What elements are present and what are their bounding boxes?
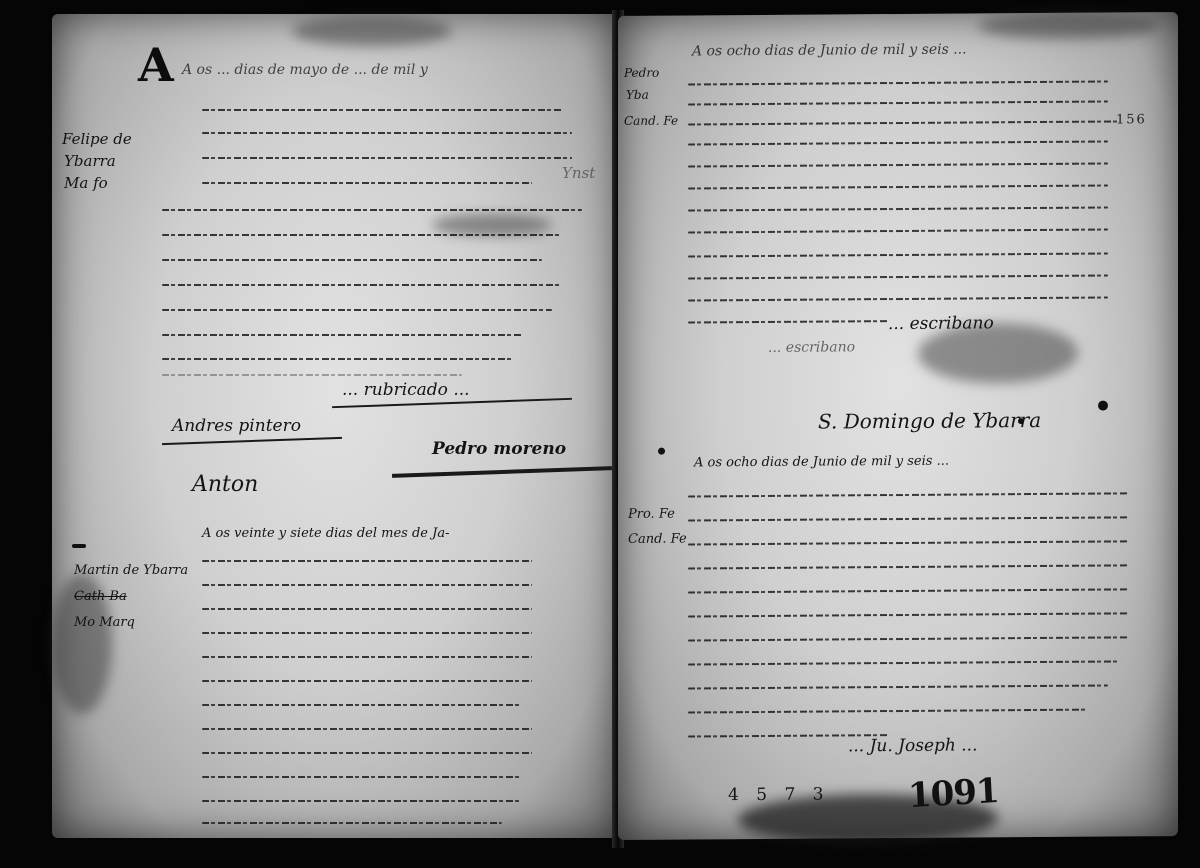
signature-andres: Andres pintero <box>172 416 301 436</box>
bottom-signature: ... Ju. Joseph ... <box>848 735 977 756</box>
margin-note: Ma fo <box>64 174 108 192</box>
margin-note: Yba <box>626 86 649 104</box>
archive-stamp: 1091 <box>907 771 1000 816</box>
margin-note: Cand. Fe <box>624 112 678 130</box>
escribano-signature: ... escribano <box>768 339 855 356</box>
margin-note: Pedro <box>624 64 659 82</box>
margin-note: Cand. Fe <box>628 530 687 548</box>
left-opening-text: A os ... dias de mayo de ... de mil y <box>182 62 428 78</box>
manuscript-spread: A A os ... dias de mayo de ... de mil y … <box>0 0 1200 868</box>
right-margin-note: Ynst <box>562 164 595 182</box>
signature-pedro: Pedro moreno <box>432 439 566 459</box>
drop-cap: A <box>138 38 174 92</box>
left-second-entry-opening: A os veinte y siete dias del mes de Ja- <box>202 526 449 541</box>
margin-note: Martin de Ybarra <box>74 562 188 580</box>
right-mid-signature: ... escribano <box>888 313 994 334</box>
folio-number: 156 <box>1116 112 1147 127</box>
signature-anton: Anton <box>192 472 258 497</box>
right-page: A os ocho dias de Junio de mil y seis ..… <box>618 12 1178 840</box>
right-second-entry-opening: A os ocho dias de Junio de mil y seis ..… <box>694 454 949 471</box>
margin-note: Cath Ba <box>74 588 127 606</box>
margin-note: Felipe de <box>62 130 132 148</box>
bottom-numbers: 4 5 7 3 <box>728 784 829 805</box>
section-heading: S. Domingo de Ybarra <box>818 408 1041 434</box>
signature-top: ... rubricado ... <box>342 380 470 400</box>
left-page: A A os ... dias de mayo de ... de mil y … <box>52 14 618 838</box>
margin-note: Mo Marq <box>74 614 135 632</box>
margin-note: Pro. Fe <box>628 506 675 524</box>
right-opening-text: A os ocho dias de Junio de mil y seis ..… <box>692 42 967 60</box>
margin-note: Ybarra <box>64 152 116 170</box>
